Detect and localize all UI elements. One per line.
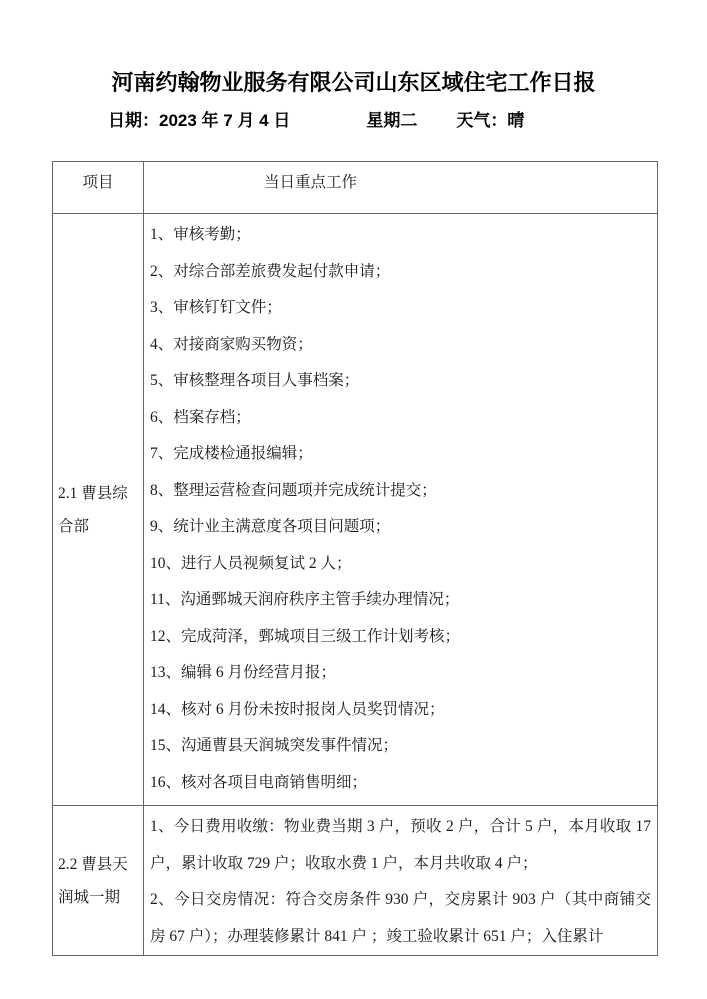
table-row-caoxian-tianrun-city-phase1: 2.2 曹县天润城一期 1、今日费用收缴：物业费当期 3 户，预收 2 户，合计… (53, 806, 658, 956)
work-item: 15、沟通曹县天润城突发事件情况； (150, 728, 651, 765)
header-cell-project: 项目 (53, 162, 144, 214)
work-items-cell: 1、今日费用收缴：物业费当期 3 户，预收 2 户，合计 5 户，本月收取 17… (144, 806, 658, 956)
header-cell-key-work: 当日重点工作 (144, 162, 658, 214)
work-item: 7、完成楼检通报编辑； (150, 436, 651, 473)
work-item: 3、审核钉钉文件； (150, 290, 651, 327)
date-label: 日期：2023 年 7 月 4 日 (108, 111, 290, 130)
weekday-label: 星期二 (366, 111, 417, 130)
page-title: 河南约翰物业服务有限公司山东区域住宅工作日报 (0, 0, 707, 96)
work-item: 11、沟通鄄城天润府秩序主管手续办理情况； (150, 582, 651, 619)
work-item: 9、统计业主满意度各项目问题项； (150, 509, 651, 546)
work-item: 2、对综合部差旅费发起付款申请； (150, 254, 651, 291)
work-item: 14、核对 6 月份未按时报岗人员奖罚情况； (150, 692, 651, 729)
work-item: 4、对接商家购买物资； (150, 327, 651, 364)
report-table: 项目 当日重点工作 2.1 曹县综合部 1、审核考勤； 2、对综合部差旅费发起付… (52, 161, 658, 956)
work-item: 12、完成菏泽，鄄城项目三级工作计划考核； (150, 619, 651, 656)
date-line: 日期：2023 年 7 月 4 日星期二天气：晴 (108, 111, 707, 131)
work-item: 2、今日交房情况：符合交房条件 930 户，交房累计 903 户（其中商铺交房 … (150, 882, 651, 955)
work-item: 6、档案存档； (150, 400, 651, 437)
work-item: 16、核对各项目电商销售明细； (150, 765, 651, 802)
table-header-row: 项目 当日重点工作 (53, 162, 658, 214)
weather-label: 天气：晴 (456, 111, 524, 130)
daily-report-page: 河南约翰物业服务有限公司山东区域住宅工作日报 日期：2023 年 7 月 4 日… (0, 0, 707, 999)
table-row-caoxian-comprehensive-dept: 2.1 曹县综合部 1、审核考勤； 2、对综合部差旅费发起付款申请； 3、审核钉… (53, 214, 658, 806)
work-item: 1、审核考勤； (150, 217, 651, 254)
work-items-cell: 1、审核考勤； 2、对综合部差旅费发起付款申请； 3、审核钉钉文件； 4、对接商… (144, 214, 658, 806)
work-item: 5、审核整理各项目人事档案； (150, 363, 651, 400)
work-item: 10、进行人员视频复试 2 人； (150, 546, 651, 583)
work-item: 8、整理运营检查问题项并完成统计提交； (150, 473, 651, 510)
project-name-cell: 2.1 曹县综合部 (53, 214, 144, 806)
work-item: 13、编辑 6 月份经营月报； (150, 655, 651, 692)
project-name-cell: 2.2 曹县天润城一期 (53, 806, 144, 956)
work-item: 1、今日费用收缴：物业费当期 3 户，预收 2 户，合计 5 户，本月收取 17… (150, 809, 651, 882)
